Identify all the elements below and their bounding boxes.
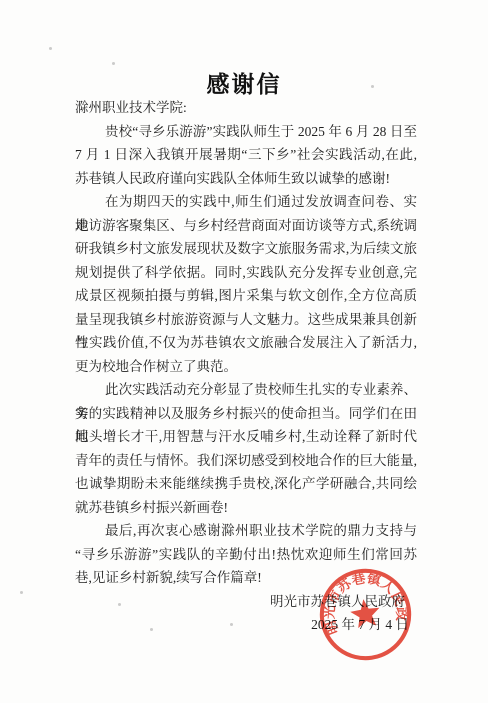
- letter-title: 感谢信: [0, 66, 488, 99]
- body-line: 与实践价值,不仅为苏巷镇农文旅融合发展注入了新活力,: [75, 331, 417, 355]
- letter-page: 感谢信 滁州职业技术学院: 贵校“寻乡乐游游”实践队师生于 2025 年 6 月…: [0, 0, 488, 703]
- salutation: 滁州职业技术学院:: [75, 96, 417, 120]
- body-line: 在为期四天的实践中,师生们通过发放调查问卷、实地: [75, 190, 417, 214]
- body-line: 规划提供了科学依据。同时,实践队充分发挥专业创意,完: [75, 261, 417, 285]
- official-seal: 明光市苏巷镇人民政府: [311, 560, 421, 670]
- body-line: 也诚挚期盼未来能继续携手贵校,深化产学研融合,共同绘: [75, 472, 417, 496]
- body-line: 走访游客聚集区、与乡村经营商面对面访谈等方式,系统调: [75, 214, 417, 238]
- body-line: 最后,再次衷心感谢滁州职业技术学院的鼎力支持与: [75, 519, 417, 543]
- scan-speck: [230, 623, 233, 626]
- body-line: 就苏巷镇乡村振兴新画卷!: [75, 496, 417, 520]
- body-line: 更为校地合作树立了典范。: [75, 355, 417, 379]
- body-line: 青年的责任与情怀。我们深切感受到校地合作的巨大能量,: [75, 449, 417, 473]
- star-icon: [349, 597, 382, 629]
- scan-speck: [20, 591, 23, 594]
- body-line: 地头增长才干,用智慧与汗水反哺乡村,生动诠释了新时代: [75, 425, 417, 449]
- scan-speck: [150, 628, 153, 631]
- body-line: 量呈现我镇乡村旅游资源与人文魅力。这些成果兼具创新性: [75, 308, 417, 332]
- body-line: 此次实践活动充分彰显了贵校师生扎实的专业素养、务: [75, 378, 417, 402]
- body-line: 苏巷镇人民政府谨向实践队全体师生致以诚挚的感谢!: [75, 167, 417, 191]
- body-line: 7 月 1 日深入我镇开展暑期“三下乡”社会实践活动,在此,: [75, 143, 417, 167]
- scan-speck: [112, 62, 115, 65]
- body-line: 成景区视频拍摄与剪辑,图片采集与软文创作,全方位高质: [75, 284, 417, 308]
- body-line: 贵校“寻乡乐游游”实践队师生于 2025 年 6 月 28 日至: [75, 120, 417, 144]
- body-line: “寻乡乐游游”实践队的辛勤付出!热忱欢迎师生们常回苏: [75, 543, 417, 567]
- body-line: 研我镇乡村文旅发展现状及数字文旅服务需求,为后续文旅: [75, 237, 417, 261]
- letter-body: 滁州职业技术学院: 贵校“寻乡乐游游”实践队师生于 2025 年 6 月 28 …: [75, 96, 417, 637]
- scan-speck: [118, 603, 121, 606]
- scan-speck: [371, 85, 374, 88]
- scan-speck: [49, 47, 52, 50]
- body-line: 实的实践精神以及服务乡村振兴的使命担当。同学们在田间: [75, 402, 417, 426]
